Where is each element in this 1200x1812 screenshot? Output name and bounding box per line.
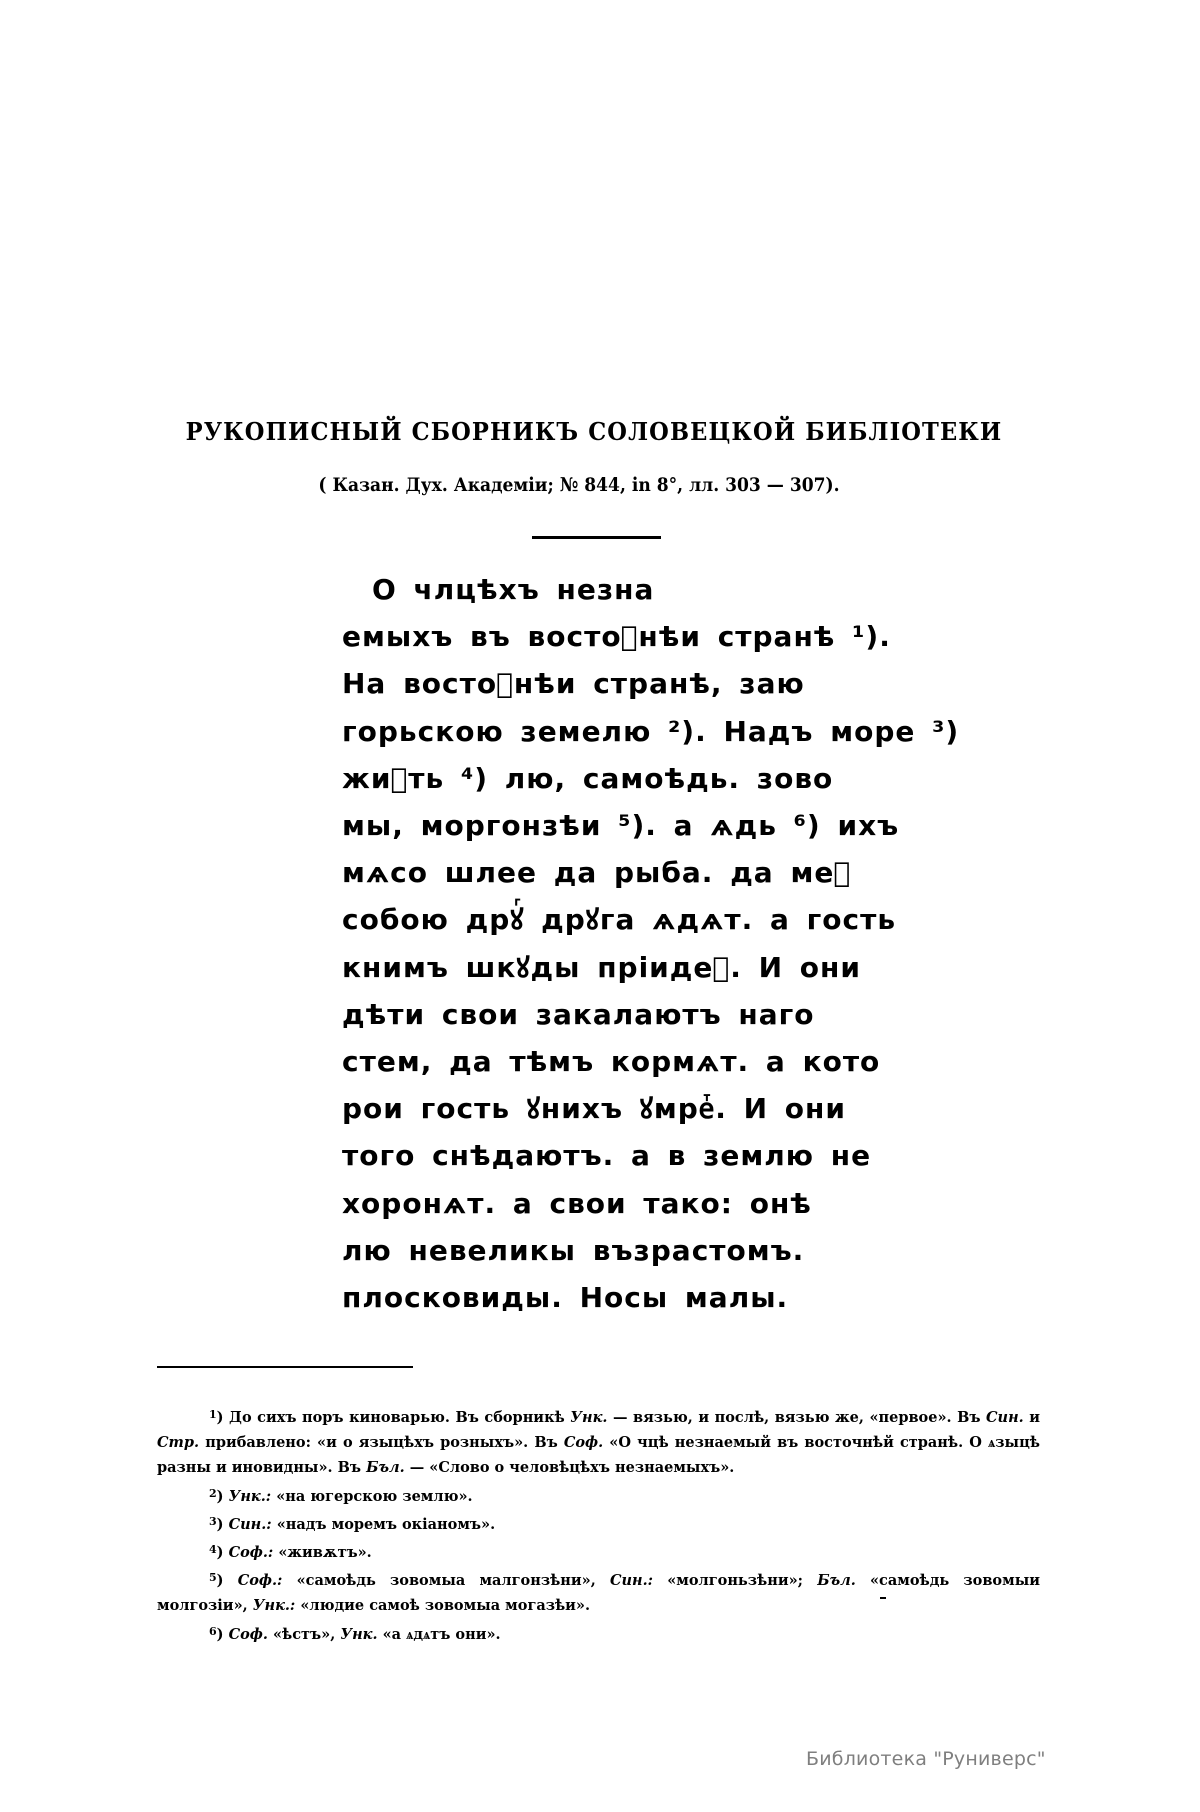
source-abbrev: Соф.	[229, 1626, 268, 1643]
footnote-text: — «Слово о человѣцѣхъ незнаемыхъ».	[405, 1459, 735, 1476]
text-line: мы, моргонзѣи ⁵). а ѧдь ⁶) ихъ	[342, 802, 862, 849]
manuscript-reference: ( Казан. Дух. Академiи; № 844, in 8°, лл…	[58, 470, 1100, 500]
footnote-number: 1	[209, 1408, 217, 1421]
text-line: О члцѣхъ незна	[342, 566, 862, 613]
footnote-2: 2) Унк.: «на югерскою землю».	[157, 1481, 1040, 1509]
text-line: жиⷮть ⁴) лю, самоѣдь. зово	[342, 755, 862, 802]
source-abbrev: Стр.	[157, 1434, 199, 1451]
source-abbrev: Соф.:	[238, 1572, 283, 1589]
footnote-text: «самоѣдь зовомыа малгонзѣни»,	[282, 1572, 610, 1589]
text-line: хоронѧт. а свои тако: онѣ	[342, 1180, 862, 1227]
text-line: собою дрꙋⷢ дрꙋга ѧдѧт. а гость	[342, 896, 862, 943]
footnote-6: 6) Соф. «ѣстъ», Унк. «а ѧдѧтъ они».	[157, 1619, 1040, 1647]
source-abbrev: Бъл.	[366, 1459, 405, 1476]
footnote-text: «живѫтъ».	[273, 1544, 371, 1561]
old-slavonic-text-block: О члцѣхъ незна емыхъ въ востоⷮнѣи странѣ…	[342, 566, 862, 1321]
library-watermark: Библиотека "Руниверс"	[806, 1748, 1046, 1770]
title-divider	[532, 536, 661, 539]
footnote-marker: )	[217, 1409, 229, 1426]
text-line: того снѣдаютъ. а в землю не	[342, 1132, 862, 1179]
footnote-marker: )	[217, 1488, 229, 1505]
source-abbrev: Син.:	[229, 1516, 272, 1533]
footnote-text: «людие самоѣ зовомыа могазѣи».	[295, 1597, 590, 1614]
text-line: рои гость ꙋнихъ ꙋмреⷮ. И они	[342, 1085, 862, 1132]
scan-artifact-dash	[880, 1597, 886, 1599]
source-abbrev: Син.	[986, 1409, 1024, 1426]
footnote-4: 4) Соф.: «живѫтъ».	[157, 1537, 1040, 1565]
source-abbrev: Унк.	[340, 1626, 377, 1643]
footnote-text: прибавлено: «и о языцѣхъ розныхъ». Въ	[199, 1434, 564, 1451]
footnote-text: и	[1024, 1409, 1040, 1426]
footnotes: 1) До сихъ поръ киноварью. Въ сборникѣ У…	[157, 1402, 1040, 1647]
footnote-1: 1) До сихъ поръ киноварью. Въ сборникѣ У…	[157, 1402, 1040, 1481]
text-line: емыхъ въ востоⷮнѣи странѣ ¹).	[342, 613, 862, 660]
text-line: На востоⷮнѣи странѣ, заю	[342, 660, 862, 707]
source-abbrev: Соф.	[564, 1434, 603, 1451]
footnote-text: «на югерскою землю».	[271, 1488, 472, 1505]
footnote-text: «а ѧдѧтъ они».	[378, 1626, 501, 1643]
text-line: мѧсо шлее да рыба. да меⷤ	[342, 849, 862, 896]
text-line: дѣти свои закалаютъ наго	[342, 991, 862, 1038]
text-line: стем, да тѣмъ кормѧт. а кото	[342, 1038, 862, 1085]
page-title: РУКОПИСНЫЙ СБОРНИКЪ СОЛОВЕЦКОЙ БИБЛIОТЕК…	[36, 414, 1153, 450]
footnote-divider	[157, 1366, 413, 1368]
footnote-number: 2	[209, 1487, 217, 1500]
source-abbrev: Унк.:	[229, 1488, 272, 1505]
text-line: горьскою земелю ²). Надъ море ³)	[342, 708, 862, 755]
text-line: лю невеликы възрастомъ.	[342, 1227, 862, 1274]
footnote-number: 3	[209, 1515, 217, 1528]
footnote-text: «молгоньзѣни»;	[653, 1572, 817, 1589]
footnote-text: «ѣстъ»,	[268, 1626, 340, 1643]
footnote-marker: )	[217, 1572, 238, 1589]
footnote-text: «надъ моремъ окiаномъ».	[272, 1516, 496, 1533]
source-abbrev: Бъл.	[817, 1572, 856, 1589]
source-abbrev: Соф.:	[229, 1544, 274, 1561]
footnote-3: 3) Син.: «надъ моремъ окiаномъ».	[157, 1509, 1040, 1537]
text-line: плосковиды. Носы малы.	[342, 1274, 862, 1321]
footnote-number: 6	[209, 1625, 217, 1638]
footnote-text: — вязью, и послѣ, вязью же, «первое». Въ	[607, 1409, 986, 1426]
footnote-marker: )	[217, 1626, 229, 1643]
scanned-page: РУКОПИСНЫЙ СБОРНИКЪ СОЛОВЕЦКОЙ БИБЛIОТЕК…	[0, 0, 1200, 1812]
footnote-number: 5	[209, 1571, 217, 1584]
footnote-5: 5) Соф.: «самоѣдь зовомыа малгонзѣни», С…	[157, 1565, 1040, 1618]
footnote-marker: )	[217, 1544, 229, 1561]
source-abbrev: Унк.:	[253, 1597, 296, 1614]
footnote-marker: )	[217, 1516, 229, 1533]
source-abbrev: Син.:	[610, 1572, 653, 1589]
footnote-number: 4	[209, 1543, 217, 1556]
footnote-text: До сихъ поръ киноварью. Въ сборникѣ	[229, 1409, 570, 1426]
source-abbrev: Унк.	[570, 1409, 607, 1426]
text-line: книмъ шкꙋды прiидеⷮ. И они	[342, 944, 862, 991]
